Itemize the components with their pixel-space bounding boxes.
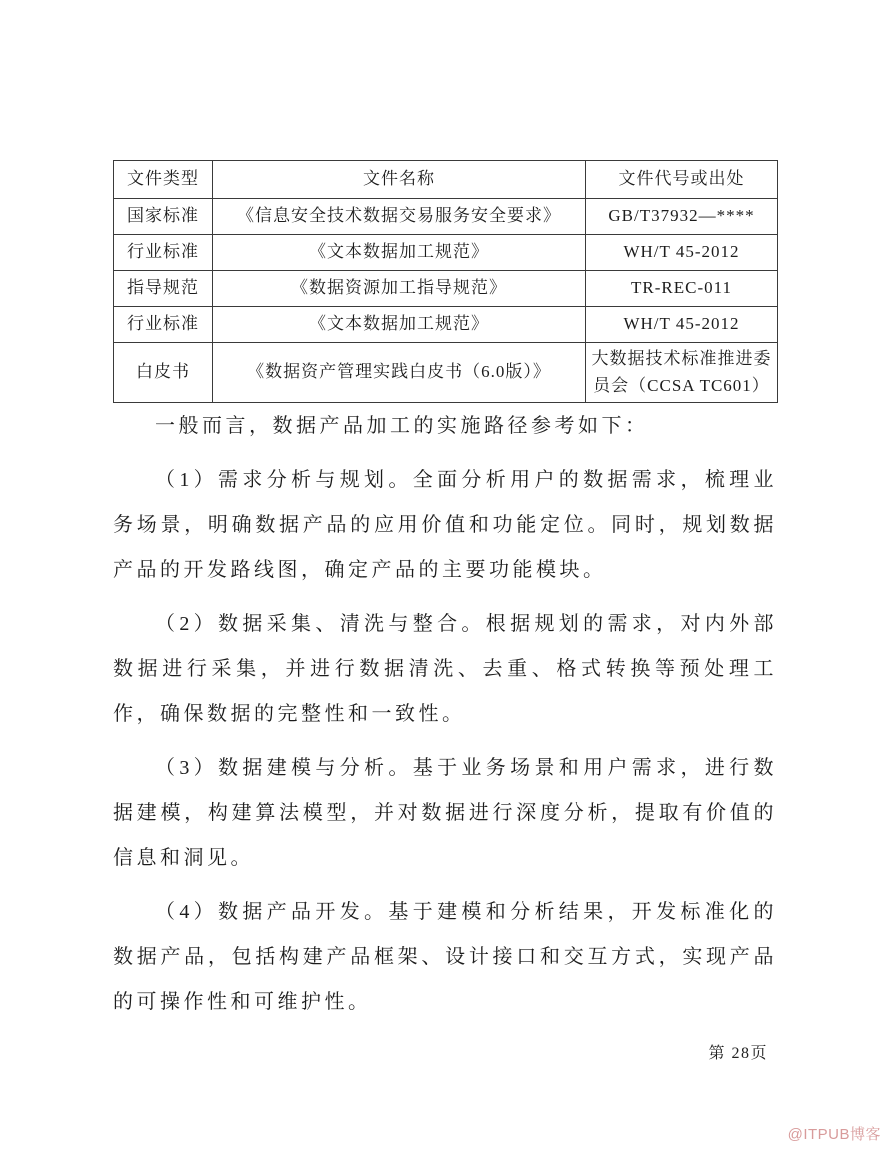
cell-file-code: GB/T37932—**** [586, 199, 778, 235]
cell-file-name: 《数据资产管理实践白皮书（6.0版）》 [213, 343, 586, 403]
table-row: 行业标准 《文本数据加工规范》 WH/T 45-2012 [114, 307, 778, 343]
step-4-paragraph: （4）数据产品开发。基于建模和分析结果，开发标准化的数据产品，包括构建产品框架、… [113, 890, 777, 1025]
cell-file-name: 《数据资源加工指导规范》 [213, 271, 586, 307]
cell-file-name: 《文本数据加工规范》 [213, 307, 586, 343]
table-row: 行业标准 《文本数据加工规范》 WH/T 45-2012 [114, 235, 778, 271]
cell-file-type: 行业标准 [114, 307, 213, 343]
reference-documents-table: 文件类型 文件名称 文件代号或出处 国家标准 《信息安全技术数据交易服务安全要求… [113, 160, 778, 403]
table-row: 白皮书 《数据资产管理实践白皮书（6.0版）》 大数据技术标准推进委员会（CCS… [114, 343, 778, 403]
table-header-file-name: 文件名称 [213, 161, 586, 199]
table-header-file-type: 文件类型 [114, 161, 213, 199]
cell-file-type: 国家标准 [114, 199, 213, 235]
cell-file-type: 白皮书 [114, 343, 213, 403]
table-header-row: 文件类型 文件名称 文件代号或出处 [114, 161, 778, 199]
step-2-paragraph: （2）数据采集、清洗与整合。根据规划的需求，对内外部数据进行采集，并进行数据清洗… [113, 602, 777, 737]
watermark: @ITPUB博客 [788, 1123, 881, 1144]
intro-paragraph: 一般而言，数据产品加工的实施路径参考如下： [113, 404, 777, 449]
table-row: 指导规范 《数据资源加工指导规范》 TR-REC-011 [114, 271, 778, 307]
table-header-file-code: 文件代号或出处 [586, 161, 778, 199]
page-number: 第 28页 [708, 1040, 768, 1063]
cell-file-code: WH/T 45-2012 [586, 307, 778, 343]
cell-file-type: 行业标准 [114, 235, 213, 271]
table-row: 国家标准 《信息安全技术数据交易服务安全要求》 GB/T37932—**** [114, 199, 778, 235]
cell-file-name: 《文本数据加工规范》 [213, 235, 586, 271]
body-text: 一般而言，数据产品加工的实施路径参考如下： （1）需求分析与规划。全面分析用户的… [113, 404, 777, 1034]
cell-file-code: 大数据技术标准推进委员会（CCSA TC601） [586, 343, 778, 403]
document-page: 文件类型 文件名称 文件代号或出处 国家标准 《信息安全技术数据交易服务安全要求… [0, 0, 890, 1151]
cell-file-name: 《信息安全技术数据交易服务安全要求》 [213, 199, 586, 235]
step-1-paragraph: （1）需求分析与规划。全面分析用户的数据需求，梳理业务场景，明确数据产品的应用价… [113, 458, 777, 593]
step-3-paragraph: （3）数据建模与分析。基于业务场景和用户需求，进行数据建模，构建算法模型，并对数… [113, 746, 777, 881]
cell-file-code: WH/T 45-2012 [586, 235, 778, 271]
cell-file-code: TR-REC-011 [586, 271, 778, 307]
cell-file-type: 指导规范 [114, 271, 213, 307]
